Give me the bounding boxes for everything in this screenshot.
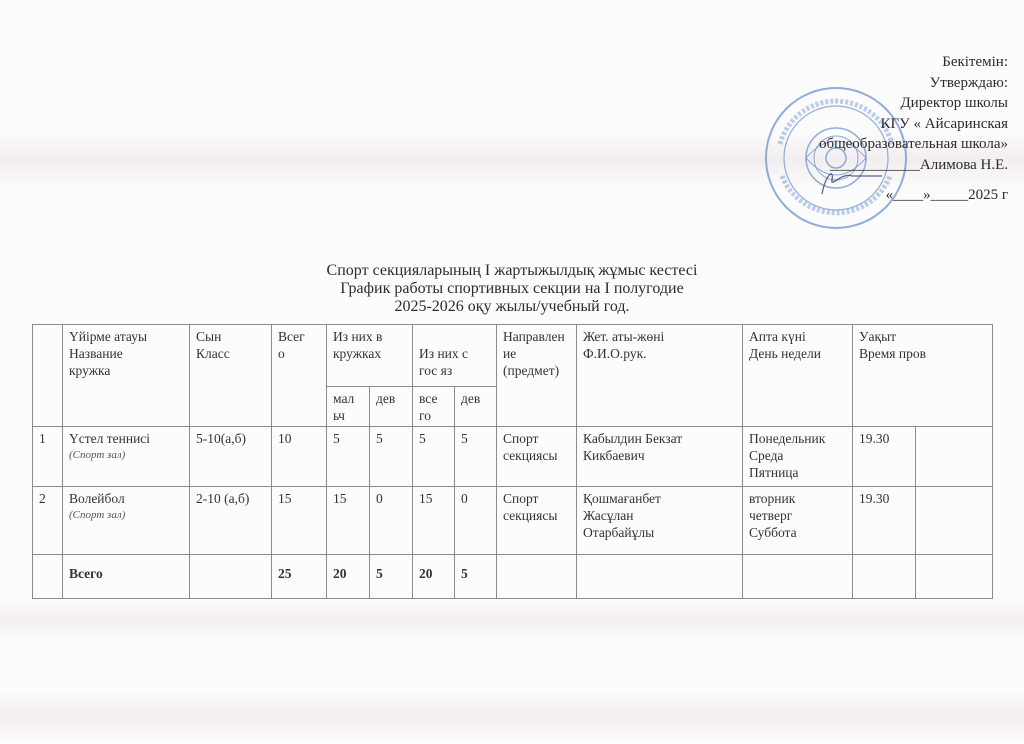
header-text: мал — [333, 390, 363, 407]
table-row: 1 Үстел теннисі (Спорт зал) 5-10(а,б) 10… — [33, 427, 993, 487]
header-text: Ф.И.О.рук. — [583, 345, 736, 362]
total-label: Всего — [63, 555, 190, 599]
cell-class: 2-10 (а,б) — [190, 487, 272, 555]
total-state-girls: 5 — [455, 555, 497, 599]
club-place: (Спорт зал) — [69, 447, 183, 464]
approval-date-line: «____»_____2025 г — [819, 185, 1008, 206]
cell-direction: Спорт секциясы — [497, 487, 577, 555]
cell-boys: 5 — [327, 427, 370, 487]
header-text: Из них с — [419, 345, 490, 362]
approval-line: КГУ « Айсаринская — [819, 114, 1008, 135]
header-text: все — [419, 390, 448, 407]
club-place: (Спорт зал) — [69, 507, 183, 524]
header-text: Всег — [278, 328, 320, 345]
subheader-all: все го — [413, 387, 455, 427]
club-name: Үстел теннисі — [69, 431, 150, 446]
header-text: гос яз — [419, 362, 490, 379]
header-text: го — [419, 407, 448, 424]
header-no — [33, 325, 63, 427]
cell-no — [33, 555, 63, 599]
cell-direction — [497, 555, 577, 599]
cell-name: Үстел теннисі (Спорт зал) — [63, 427, 190, 487]
cell-total: 10 — [272, 427, 327, 487]
total-total: 25 — [272, 555, 327, 599]
cell-state-girls: 0 — [455, 487, 497, 555]
header-text: ьч — [333, 407, 363, 424]
cell-state-all: 5 — [413, 427, 455, 487]
header-text: Апта күні — [749, 328, 846, 345]
header-text: Сын — [196, 328, 265, 345]
cell-leader — [577, 555, 743, 599]
header-total: Всег о — [272, 325, 327, 427]
header-time: Уақыт Время пров — [853, 325, 993, 427]
header-text: Үйірме атауы — [69, 328, 183, 345]
cell-text: четверг — [749, 507, 846, 524]
cell-leader: Қошмағанбет Жасұлан Отарбайұлы — [577, 487, 743, 555]
cell-class: 5-10(а,б) — [190, 427, 272, 487]
total-boys: 20 — [327, 555, 370, 599]
cell-text: Кикбаевич — [583, 447, 736, 464]
schedule-table: Үйірме атауы Название кружка Сын Класс В… — [32, 324, 993, 599]
cell-text: Кабылдин Бекзат — [583, 430, 736, 447]
header-text: ие — [503, 345, 570, 362]
title-line-year: 2025-2026 оқу жылы/учебный год. — [0, 298, 1024, 316]
cell-girls: 0 — [370, 487, 413, 555]
document-title: Спорт секцияларының I жартыжылдық жұмыс … — [0, 262, 1024, 316]
total-state-all: 20 — [413, 555, 455, 599]
scan-shading — [0, 690, 1024, 744]
approval-line: Утверждаю: — [819, 73, 1008, 94]
approval-line: Директор школы — [819, 93, 1008, 114]
header-in-clubs: Из них в кружках — [327, 325, 413, 387]
header-row: Үйірме атауы Название кружка Сын Класс В… — [33, 325, 993, 387]
cell-text: вторник — [749, 490, 846, 507]
cell-text: Спорт — [503, 430, 570, 447]
cell-extra — [916, 555, 993, 599]
cell-text: Қошмағанбет — [583, 490, 736, 507]
header-leader: Жет. аты-жөні Ф.И.О.рук. — [577, 325, 743, 427]
cell-name: Волейбол (Спорт зал) — [63, 487, 190, 555]
cell-no: 1 — [33, 427, 63, 487]
cell-direction: Спорт секциясы — [497, 427, 577, 487]
cell-days: Понедельник Среда Пятница — [743, 427, 853, 487]
header-weekday: Апта күні День недели — [743, 325, 853, 427]
header-text: Время пров — [859, 345, 986, 362]
header-class: Сын Класс — [190, 325, 272, 427]
title-line-ru: График работы спортивных секции на I пол… — [0, 280, 1024, 298]
header-text: Название — [69, 345, 183, 362]
cell-text: секциясы — [503, 507, 570, 524]
cell-boys: 15 — [327, 487, 370, 555]
header-text: (предмет) — [503, 362, 570, 379]
cell-text: Жасұлан — [583, 507, 736, 524]
title-line-kz: Спорт секцияларының I жартыжылдық жұмыс … — [0, 262, 1024, 280]
cell-days: вторник четверг Суббота — [743, 487, 853, 555]
cell-text: Отарбайұлы — [583, 524, 736, 541]
cell-text: секциясы — [503, 447, 570, 464]
cell-leader: Кабылдин Бекзат Кикбаевич — [577, 427, 743, 487]
header-text: Жет. аты-жөні — [583, 328, 736, 345]
cell-no: 2 — [33, 487, 63, 555]
cell-state-girls: 5 — [455, 427, 497, 487]
header-text: Из них в — [333, 328, 406, 345]
cell-text: Суббота — [749, 524, 846, 541]
cell-time — [853, 555, 916, 599]
header-text: День недели — [749, 345, 846, 362]
header-text: Уақыт — [859, 328, 986, 345]
cell-girls: 5 — [370, 427, 413, 487]
approval-signature-line: ____________Алимова Н.Е. — [819, 155, 1008, 176]
approval-line: Бекітемін: — [819, 52, 1008, 73]
subheader-girls-state: дев — [455, 387, 497, 427]
header-text: Направлен — [503, 328, 570, 345]
header-name: Үйірме атауы Название кружка — [63, 325, 190, 427]
scan-shading — [0, 600, 1024, 640]
approval-line: общеобразовательная школа» — [819, 134, 1008, 155]
subheader-boys: мал ьч — [327, 387, 370, 427]
cell-total: 15 — [272, 487, 327, 555]
total-girls: 5 — [370, 555, 413, 599]
approval-block: Бекітемін: Утверждаю: Директор школы КГУ… — [819, 52, 1008, 206]
header-text: о — [278, 345, 320, 362]
cell-text: Понедельник — [749, 430, 846, 447]
cell-text: Среда — [749, 447, 846, 464]
header-direction: Направлен ие (предмет) — [497, 325, 577, 427]
total-row: Всего 25 20 5 20 5 — [33, 555, 993, 599]
header-state-lang: Из них с гос яз — [413, 325, 497, 387]
cell-text: Спорт — [503, 490, 570, 507]
cell-text: Пятница — [749, 464, 846, 481]
club-name: Волейбол — [69, 491, 125, 506]
header-text: Класс — [196, 345, 265, 362]
cell-state-all: 15 — [413, 487, 455, 555]
table-row: 2 Волейбол (Спорт зал) 2-10 (а,б) 15 15 … — [33, 487, 993, 555]
header-text: кружка — [69, 362, 183, 379]
cell-class — [190, 555, 272, 599]
cell-time: 19.30 — [853, 427, 916, 487]
cell-extra — [916, 487, 993, 555]
subheader-girls: дев — [370, 387, 413, 427]
header-text: кружках — [333, 345, 406, 362]
cell-days — [743, 555, 853, 599]
cell-time: 19.30 — [853, 487, 916, 555]
cell-extra — [916, 427, 993, 487]
